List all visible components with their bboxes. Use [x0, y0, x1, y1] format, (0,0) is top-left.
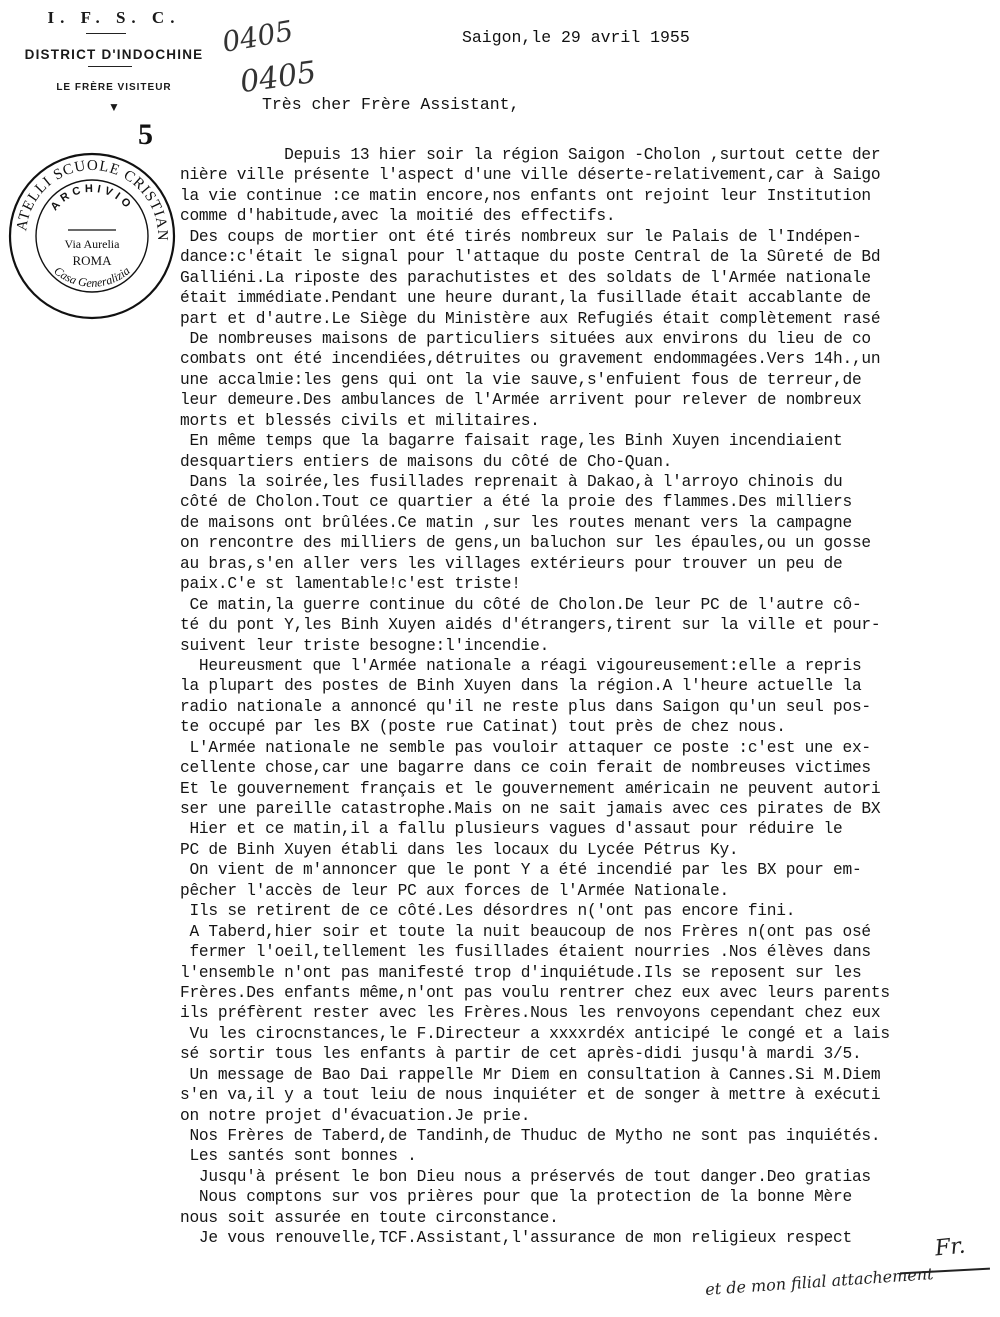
- handwritten-archive-code: 0405: [220, 14, 296, 59]
- body-line: Galliéni.La riposte des parachutistes et…: [180, 268, 995, 288]
- letter-body: Depuis 13 hier soir la région Saigon -Ch…: [180, 145, 995, 1249]
- svg-text:FRATELLI SCUOLE CRISTIANE: FRATELLI SCUOLE CRISTIANE: [6, 150, 170, 242]
- body-line: Nos Frères de Taberd,de Tandinh,de Thudu…: [180, 1126, 995, 1146]
- body-line: suivent leur triste besogne:l'incendie.: [180, 636, 995, 656]
- body-line: s'en va,il y a tout leiu de nous inquiét…: [180, 1085, 995, 1105]
- body-line: desquartiers entiers de maisons du côté …: [180, 452, 995, 472]
- body-line: Les santés sont bonnes .: [180, 1146, 995, 1166]
- body-line: Jusqu'à présent le bon Dieu nous a prése…: [180, 1167, 995, 1187]
- body-line: En même temps que la bagarre faisait rag…: [180, 431, 995, 451]
- letter-page: I. F. S. C. DISTRICT D'INDOCHINE LE FRÈR…: [0, 0, 1000, 1317]
- body-line: nière ville présente l'aspect d'une vill…: [180, 165, 995, 185]
- body-line: Je vous renouvelle,TCF.Assistant,l'assur…: [180, 1228, 995, 1248]
- body-line: té du pont Y,les Binh Xuyen aidés d'étra…: [180, 615, 995, 635]
- body-line: Ils se retirent de ce côté.Les désordres…: [180, 901, 995, 921]
- body-line: te occupé par les BX (poste rue Catinat)…: [180, 717, 995, 737]
- body-line: leur demeure.Des ambulances de l'Armée a…: [180, 390, 995, 410]
- body-line: la plupart des postes de Binh Xuyen dans…: [180, 676, 995, 696]
- body-line: Ce matin,la guerre continue du côté de C…: [180, 595, 995, 615]
- salutation: Très cher Frère Assistant,: [262, 95, 519, 114]
- letter-number: 5: [138, 118, 153, 152]
- body-line: Vu les cirocnstances,le F.Directeur a xx…: [180, 1024, 995, 1044]
- stamp-center-line1: Via Aurelia: [65, 237, 121, 251]
- body-line: au bras,s'en aller vers les villages ext…: [180, 554, 995, 574]
- letterhead-role: LE FRÈRE VISITEUR: [0, 82, 228, 93]
- body-line: sé sortir tous les enfants à partir de c…: [180, 1044, 995, 1064]
- body-line: ser une pareille catastrophe.Mais on ne …: [180, 799, 995, 819]
- body-line: radio nationale a annoncé qu'il ne reste…: [180, 697, 995, 717]
- body-line: Dans la soirée,les fusillades reprenait …: [180, 472, 995, 492]
- letterhead-rule: [88, 66, 132, 67]
- body-line: on notre projet d'évacuation.Je prie.: [180, 1106, 995, 1126]
- body-line: cellente chose,car une bagarre dans ce c…: [180, 758, 995, 778]
- body-line: la vie continue :ce matin encore,nos enf…: [180, 186, 995, 206]
- body-line: Heureusment que l'Armée nationale a réag…: [180, 656, 995, 676]
- body-line: On vient de m'annoncer que le pont Y a é…: [180, 860, 995, 880]
- body-line: était immédiate.Pendant une heure durant…: [180, 288, 995, 308]
- body-line: de maisons ont brûlées.Ce matin ,sur les…: [180, 513, 995, 533]
- body-line: ils préfèrent rester avec les Frères.Nou…: [180, 1003, 995, 1023]
- handwritten-closing: et de mon filial attachement: [705, 1264, 934, 1299]
- body-line: Frères.Des enfants même,n'ont pas voulu …: [180, 983, 995, 1003]
- stamp-outer-text: FRATELLI SCUOLE CRISTIANE: [6, 150, 170, 242]
- body-line: PC de Binh Xuyen établi dans les locaux …: [180, 840, 995, 860]
- body-line: une accalmie:les gens qui ont la vie sau…: [180, 370, 995, 390]
- body-line: comme d'habitude,avec la moitié des effe…: [180, 206, 995, 226]
- body-line: dance:c'était le signal pour l'attaque d…: [180, 247, 995, 267]
- body-line: Un message de Bao Dai rappelle Mr Diem e…: [180, 1065, 995, 1085]
- body-line: De nombreuses maisons de particuliers si…: [180, 329, 995, 349]
- date-line: Saigon,le 29 avril 1955: [462, 28, 690, 47]
- archive-stamp: FRATELLI SCUOLE CRISTIANE ARCHIVIO Via A…: [6, 150, 178, 322]
- stamp-center-line2: ROMA: [72, 253, 112, 268]
- body-line: combats ont été incendiées,détruites ou …: [180, 349, 995, 369]
- body-line: Depuis 13 hier soir la région Saigon -Ch…: [180, 145, 995, 165]
- letterhead-district: DISTRICT D'INDOCHINE: [0, 47, 228, 62]
- letterhead-org: I. F. S. C.: [0, 8, 228, 28]
- body-line: A Taberd,hier soir et toute la nuit beau…: [180, 922, 995, 942]
- body-line: part et d'autre.Le Siège du Ministère au…: [180, 309, 995, 329]
- svg-text:ARCHIVIO: ARCHIVIO: [49, 183, 136, 213]
- body-line: paix.C'e st lamentable!c'est triste!: [180, 574, 995, 594]
- body-line: Hier et ce matin,il a fallu plusieurs va…: [180, 819, 995, 839]
- body-line: fermer l'oeil,tellement les fusillades é…: [180, 942, 995, 962]
- body-line: Des coups de mortier ont été tirés nombr…: [180, 227, 995, 247]
- body-line: côté de Cholon.Tout ce quartier a été la…: [180, 492, 995, 512]
- signature: Fr.: [934, 1233, 967, 1261]
- letterhead-rule: [86, 33, 126, 34]
- body-line: L'Armée nationale ne semble pas vouloir …: [180, 738, 995, 758]
- body-line: Et le gouvernement français et le gouver…: [180, 779, 995, 799]
- stamp-inner-text: ARCHIVIO: [49, 183, 136, 213]
- body-line: nous soit assurée en toute circonstance.: [180, 1208, 995, 1228]
- body-line: Nous comptons sur vos prières pour que l…: [180, 1187, 995, 1207]
- body-line: morts et blessés civils et militaires.: [180, 411, 995, 431]
- handwritten-archive-code: 0405: [238, 55, 318, 100]
- triangle-marker-icon: ▼: [0, 100, 228, 114]
- body-line: l'ensemble n'ont pas manifesté trop d'in…: [180, 963, 995, 983]
- body-line: on rencontre des milliers de gens,un bal…: [180, 533, 995, 553]
- body-line: pêcher l'accès de leur PC aux forces de …: [180, 881, 995, 901]
